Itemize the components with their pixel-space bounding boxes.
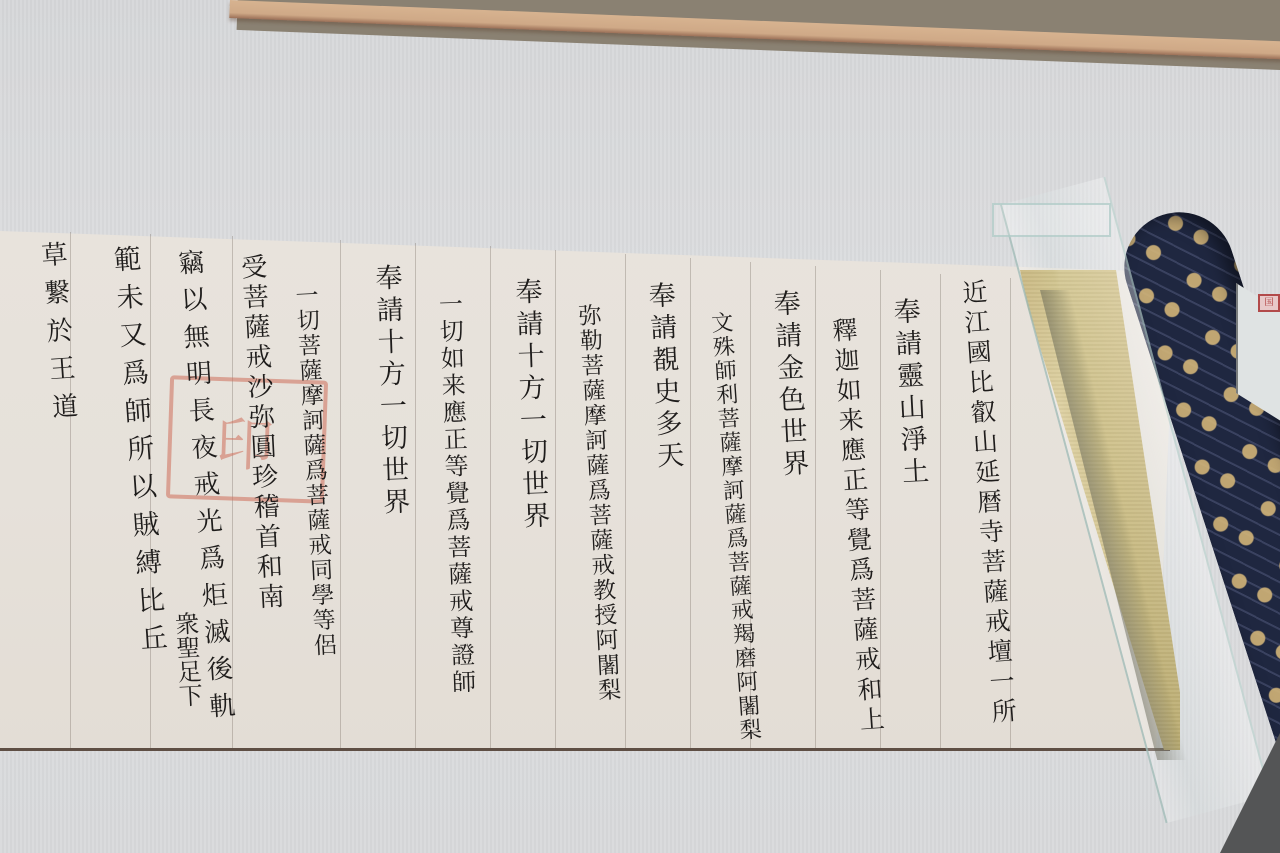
ruling-line (490, 246, 491, 748)
ruling-line (340, 240, 341, 748)
ruling-line (415, 243, 416, 748)
label-stamp-icon: 国 (1258, 294, 1280, 312)
ruling-line (940, 274, 941, 748)
ruling-line (625, 254, 626, 748)
scroll-bottom-edge (0, 748, 1170, 751)
ruling-line (690, 258, 691, 748)
ruling-line (815, 266, 816, 748)
calligraphy-column: 衆聖足下 (172, 611, 201, 708)
ruling-line (555, 250, 556, 748)
glass-weight-cap (992, 203, 1111, 237)
